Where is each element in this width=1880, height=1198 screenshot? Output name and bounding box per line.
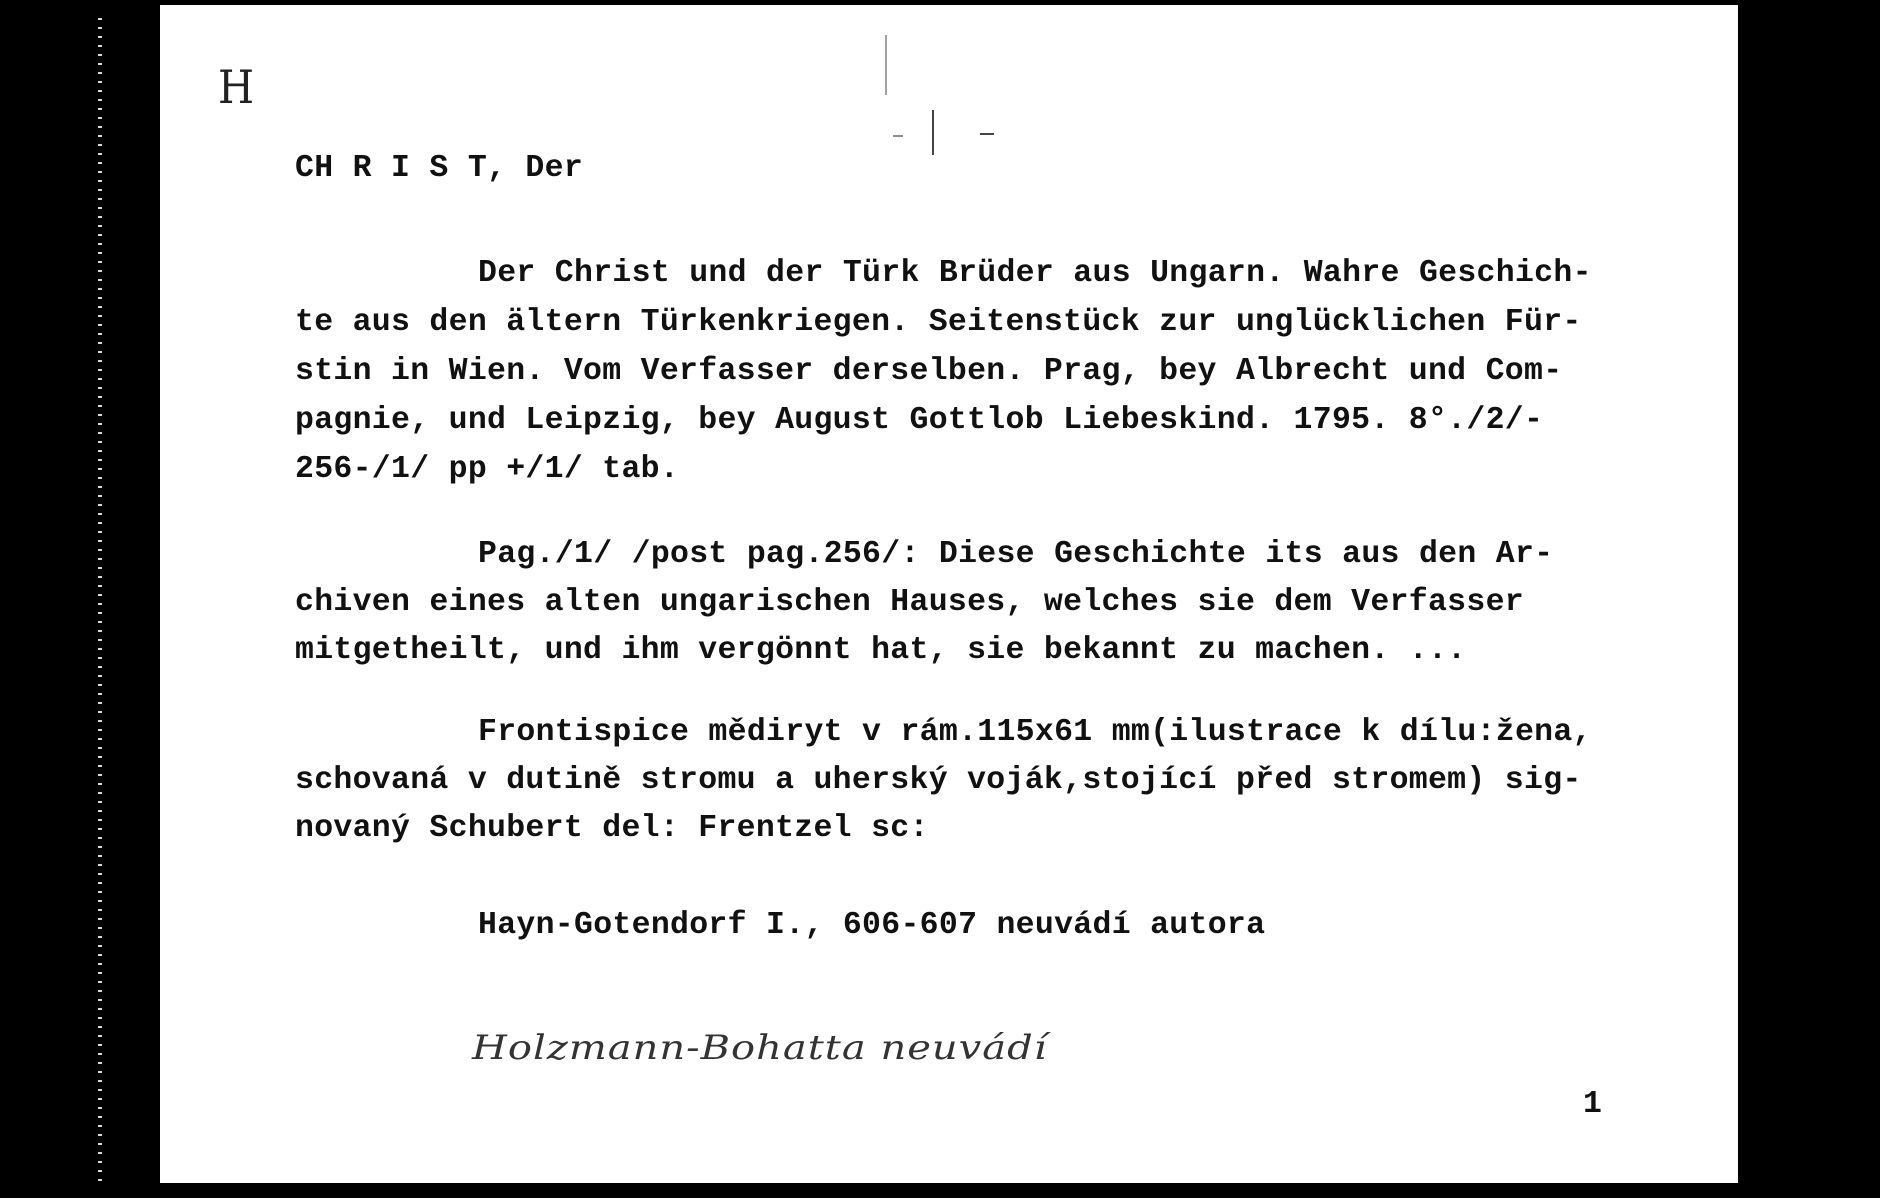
text-line: chiven eines alten ungarischen Hauses, w… [295, 587, 1524, 619]
text-line: 256-/1/ pp +/1/ tab. [295, 454, 679, 486]
text-line: te aus den ältern Türkenkriegen. Seitens… [295, 307, 1582, 339]
catalog-card: H CH R I S T, Der Der Christ und der Tür… [160, 5, 1738, 1183]
scan-smudge [885, 35, 887, 95]
card-heading: CH R I S T, Der [295, 153, 583, 185]
text-line: Der Christ und der Türk Brüder aus Ungar… [478, 258, 1592, 290]
text-line: mitgetheilt, und ihm vergönnt hat, sie b… [295, 635, 1466, 667]
text-line: stin in Wien. Vom Verfasser derselben. P… [295, 356, 1562, 388]
scan-edge-dotted-line [98, 18, 102, 1188]
text-line: novaný Schubert del: Frentzel sc: [295, 813, 929, 845]
text-line: Hayn-Gotendorf I., 606-607 neuvádí autor… [478, 910, 1265, 942]
handwritten-note: Holzmann-Bohatta neuvádí [472, 1028, 1047, 1067]
text-line: Frontispice mědiryt v rám.115x61 mm(ilus… [478, 717, 1592, 749]
text-line: Pag./1/ /post pag.256/: Diese Geschichte… [478, 539, 1553, 571]
text-line: schovaná v dutině stromu a uherský voják… [295, 765, 1582, 797]
scan-smudge [893, 135, 903, 137]
page-number: 1 [1583, 1087, 1602, 1122]
margin-mark: H [218, 60, 254, 114]
scan-smudge [980, 133, 994, 135]
text-line: pagnie, und Leipzig, bey August Gottlob … [295, 405, 1543, 437]
scan-smudge [932, 110, 934, 155]
